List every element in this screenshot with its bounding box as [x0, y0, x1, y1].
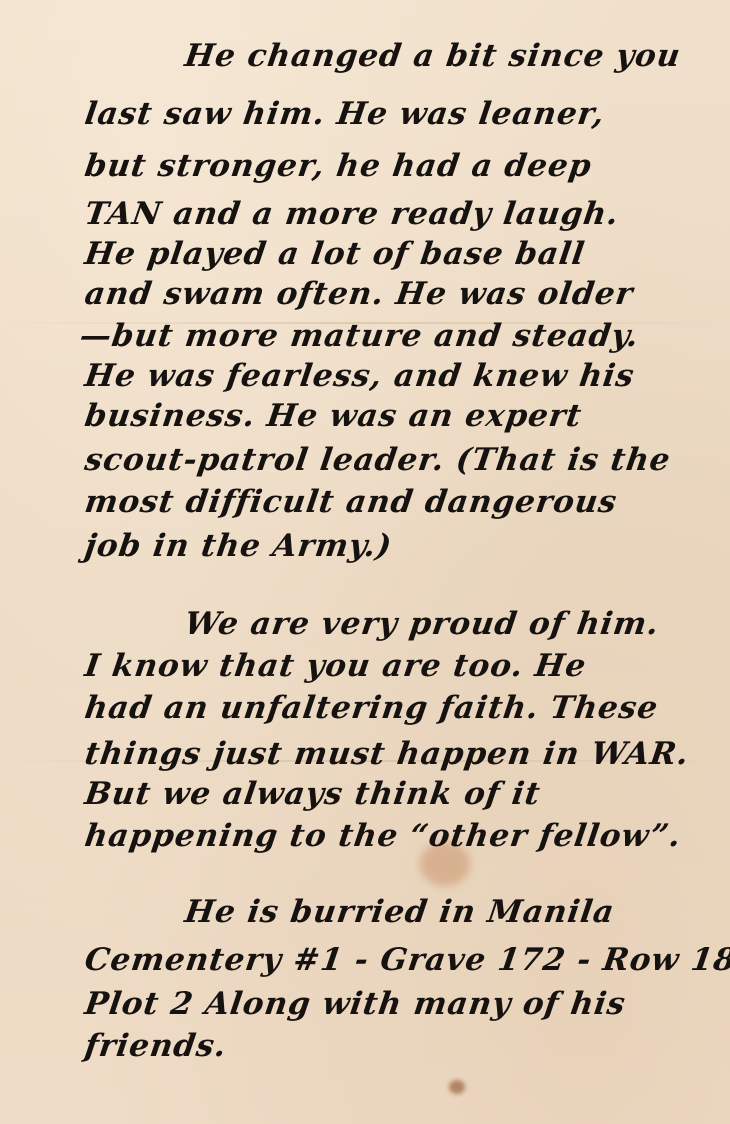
- letter-line: He is burried in Manila: [182, 894, 616, 930]
- letter-line: happening to the “other fellow”.: [82, 818, 683, 854]
- letter-line: —but more mature and steady.: [77, 318, 641, 354]
- letter-line: Cementery #1 - Grave 172 - Row 18: [82, 942, 730, 978]
- letter-line: Plot 2 Along with many of his: [82, 986, 628, 1022]
- letter-line: TAN and a more ready laugh.: [82, 196, 621, 232]
- letter-line: had an unfaltering faith. These: [82, 690, 660, 726]
- letter-line: scout-patrol leader. (That is the: [82, 442, 673, 478]
- letter-line: We are very proud of him.: [182, 606, 661, 642]
- letter-line: But we always think of it: [82, 776, 542, 812]
- letter-line: and swam often. He was older: [82, 276, 635, 312]
- letter-line: last saw him. He was leaner,: [82, 96, 607, 132]
- letter-page: He changed a bit since you last saw him.…: [0, 0, 730, 1124]
- letter-line: most difficult and dangerous: [82, 484, 619, 520]
- ink-spot: [449, 1080, 465, 1094]
- letter-line: He was fearless, and knew his: [82, 358, 636, 394]
- letter-line: job in the Army.): [82, 528, 394, 564]
- letter-line: business. He was an expert: [82, 398, 584, 434]
- letter-line: things just must happen in WAR.: [82, 736, 691, 772]
- letter-line: but stronger, he had a deep: [82, 148, 594, 184]
- letter-line: He changed a bit since you: [182, 38, 683, 74]
- letter-line: He played a lot of base ball: [82, 236, 587, 272]
- letter-line: I know that you are too. He: [82, 648, 588, 684]
- letter-line: friends.: [82, 1028, 229, 1064]
